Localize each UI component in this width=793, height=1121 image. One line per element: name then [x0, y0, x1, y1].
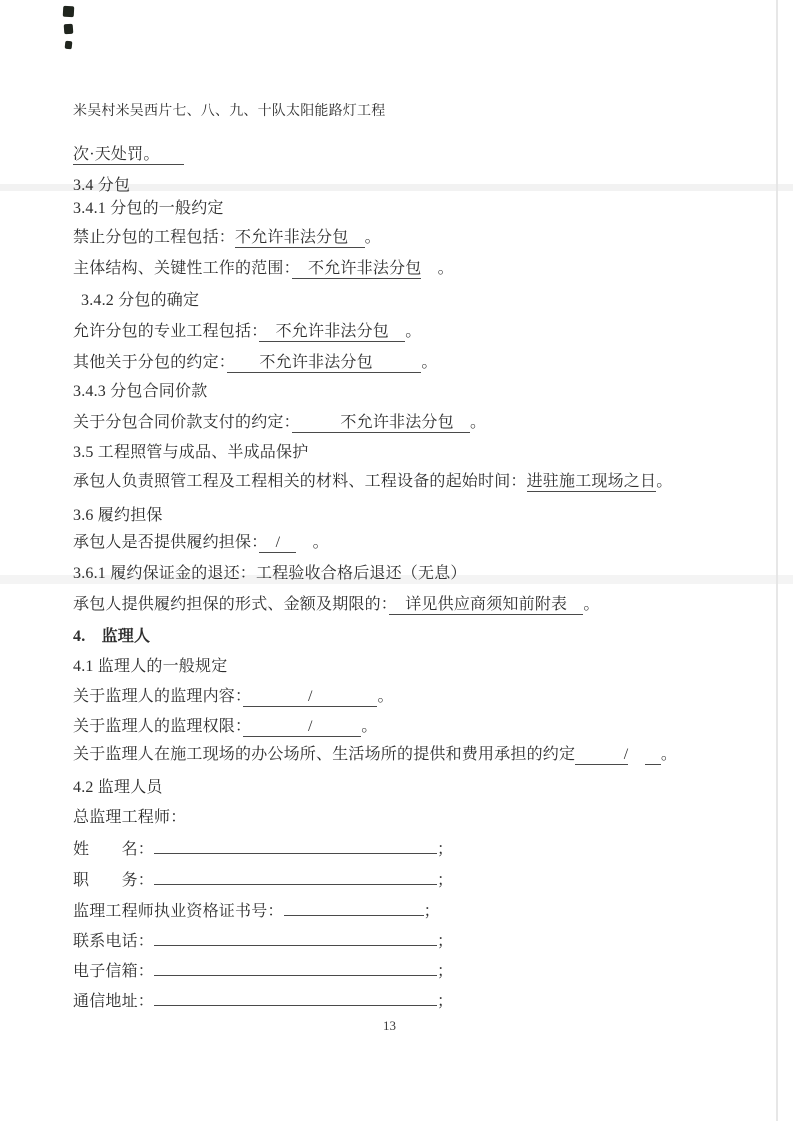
subcontract-payment-terms-line-text: 。 — [470, 414, 486, 431]
section-3-4-1-heading: 3.4.1 分包的一般约定 — [73, 195, 224, 218]
prohibited-subcontract-line-text: 。 — [365, 229, 381, 246]
other-subcontract-terms-line-text: 其他关于分包的约定： — [73, 354, 227, 371]
site-office-terms-line-text — [628, 746, 644, 763]
allowed-subcontract-line-text: 。 — [405, 323, 421, 340]
supervisor-name-field-line: 姓 名：； — [73, 836, 453, 859]
site-office-terms-line-value — [645, 746, 661, 765]
section-4-2-heading: 4.2 监理人员 — [73, 774, 163, 797]
supervisor-address-field-line-text: ； — [437, 993, 453, 1010]
section-3-4-3-heading: 3.4.3 分包合同价款 — [73, 378, 207, 401]
supervisor-phone-field-line-blank — [154, 931, 437, 946]
supervisor-email-field-line-text: 电子信箱： — [73, 963, 154, 980]
supervisor-position-field-line-text: 职 务： — [73, 872, 154, 889]
care-start-time-line-value: 进驻施工现场之日 — [527, 473, 657, 492]
supervision-authority-line: 关于监理人的监理权限： / 。 — [73, 713, 377, 736]
allowed-subcontract-line-text: 允许分包的专业工程包括： — [73, 323, 259, 340]
supervisor-phone-field-line-text: 联系电话： — [73, 933, 154, 950]
supervisor-phone-field-line: 联系电话：； — [73, 928, 453, 951]
supervisor-name-field-line-blank — [154, 839, 437, 854]
supervision-content-line-text: 。 — [377, 688, 393, 705]
supervisor-phone-field-line-text: ； — [437, 933, 453, 950]
supervisor-address-field-line-text: 通信地址： — [73, 993, 154, 1010]
section-3-5-heading: 3.5 工程照管与成品、半成品保护 — [73, 439, 308, 462]
scan-mark-icon — [65, 41, 73, 50]
supervisor-email-field-line-text: ； — [437, 963, 453, 980]
scan-mark-icon — [64, 24, 74, 35]
care-start-time-line-text: 承包人负责照管工程及工程相关的材料、工程设备的起始时间： — [73, 473, 527, 490]
carryover-penalty-clause: 次·天处罚。 — [73, 141, 184, 164]
care-start-time-line: 承包人负责照管工程及工程相关的材料、工程设备的起始时间：进驻施工现场之日。 — [73, 468, 672, 491]
document-page: 米吴村米吴西片七、八、九、十队太阳能路灯工程次·天处罚。 3.4 分包3.4.1… — [0, 0, 793, 1121]
allowed-subcontract-line: 允许分包的专业工程包括： 不允许非法分包 。 — [73, 318, 421, 341]
section-3-6-heading-text: 3.6 履约担保 — [73, 507, 163, 524]
section-3-4-heading-text: 3.4 分包 — [73, 177, 130, 194]
site-office-terms-line-value: / — [575, 746, 628, 765]
supervisor-license-field-line-text: 监理工程师执业资格证书号： — [73, 903, 284, 920]
section-3-6-1-line: 3.6.1 履约保证金的退还：工程验收合格后退还（无息） — [73, 560, 467, 583]
supervision-content-line-text: 关于监理人的监理内容： — [73, 688, 243, 705]
subcontract-payment-terms-line-text: 关于分包合同价款支付的约定： — [73, 414, 292, 431]
performance-security-provided-line-value: / — [259, 534, 296, 553]
security-form-amount-line: 承包人提供履约担保的形式、金额及期限的： 详见供应商须知前附表 。 — [73, 591, 600, 614]
supervisor-license-field-line-text: ； — [424, 903, 440, 920]
prohibited-subcontract-line: 禁止分包的工程包括：不允许非法分包 。 — [73, 224, 381, 247]
running-header-text: 米吴村米吴西片七、八、九、十队太阳能路灯工程 — [73, 104, 385, 119]
care-start-time-line-text: 。 — [656, 473, 672, 490]
supervisor-name-field-line-text: ； — [437, 841, 453, 858]
main-structure-scope-line-text: 。 — [421, 260, 453, 277]
supervisor-position-field-line: 职 务：； — [73, 867, 453, 890]
performance-security-provided-line: 承包人是否提供履约担保： / 。 — [73, 529, 329, 552]
supervision-authority-line-text: 关于监理人的监理权限： — [73, 718, 243, 735]
supervisor-email-field-line-blank — [154, 961, 437, 976]
running-header: 米吴村米吴西片七、八、九、十队太阳能路灯工程 — [73, 100, 385, 120]
supervisor-address-field-line: 通信地址：； — [73, 988, 453, 1011]
carryover-penalty-clause-value: 次·天处罚。 — [73, 146, 184, 165]
chief-supervisor-line-text: 总监理工程师： — [73, 809, 186, 826]
section-4-1-heading-text: 4.1 监理人的一般规定 — [73, 658, 227, 675]
subcontract-payment-terms-line-value: 不允许非法分包 — [292, 414, 470, 433]
supervisor-position-field-line-text: ； — [437, 872, 453, 889]
supervisor-license-field-line-blank — [284, 901, 424, 916]
supervisor-position-field-line-blank — [154, 870, 437, 885]
scan-mark-icon — [63, 6, 75, 18]
section-4-2-heading-text: 4.2 监理人员 — [73, 779, 163, 796]
section-3-4-2-heading-text: 3.4.2 分包的确定 — [81, 292, 199, 309]
supervisor-email-field-line: 电子信箱：； — [73, 958, 453, 981]
section-4-heading-text: 4. 监理人 — [73, 628, 150, 645]
prohibited-subcontract-line-text: 禁止分包的工程包括： — [73, 229, 235, 246]
allowed-subcontract-line-value: 不允许非法分包 — [259, 323, 405, 342]
main-structure-scope-line-text: 主体结构、关键性工作的范围： — [73, 260, 292, 277]
other-subcontract-terms-line: 其他关于分包的约定： 不允许非法分包 。 — [73, 349, 438, 372]
site-office-terms-line-text: 。 — [661, 746, 677, 763]
main-structure-scope-line-value: 不允许非法分包 — [292, 260, 422, 279]
scan-edge-line-artifact — [776, 0, 778, 1121]
section-3-4-1-heading-text: 3.4.1 分包的一般约定 — [73, 200, 224, 217]
supervisor-address-field-line-blank — [154, 991, 437, 1006]
site-office-terms-line: 关于监理人在施工现场的办公场所、生活场所的提供和费用承担的约定 / 。 — [73, 741, 677, 764]
section-4-heading: 4. 监理人 — [73, 623, 150, 646]
section-3-6-1-line-text: 3.6.1 履约保证金的退还：工程验收合格后退还（无息） — [73, 565, 467, 582]
section-3-5-heading-text: 3.5 工程照管与成品、半成品保护 — [73, 444, 308, 461]
chief-supervisor-line: 总监理工程师： — [73, 804, 186, 827]
section-3-4-heading: 3.4 分包 — [73, 172, 130, 195]
security-form-amount-line-text: 。 — [583, 596, 599, 613]
page-number: 13 — [383, 1018, 396, 1034]
other-subcontract-terms-line-text: 。 — [421, 354, 437, 371]
other-subcontract-terms-line-value: 不允许非法分包 — [227, 354, 421, 373]
supervision-authority-line-value: / — [243, 718, 361, 737]
subcontract-payment-terms-line: 关于分包合同价款支付的约定： 不允许非法分包 。 — [73, 409, 486, 432]
performance-security-provided-line-text: 。 — [296, 534, 328, 551]
security-form-amount-line-text: 承包人提供履约担保的形式、金额及期限的： — [73, 596, 389, 613]
supervisor-license-field-line: 监理工程师执业资格证书号：； — [73, 898, 440, 921]
supervision-content-line: 关于监理人的监理内容： / 。 — [73, 683, 394, 706]
section-4-1-heading: 4.1 监理人的一般规定 — [73, 653, 227, 676]
section-3-6-heading: 3.6 履约担保 — [73, 502, 163, 525]
section-3-4-2-heading: 3.4.2 分包的确定 — [81, 287, 199, 310]
supervision-content-line-value: / — [243, 688, 377, 707]
supervisor-name-field-line-text: 姓 名： — [73, 841, 154, 858]
main-structure-scope-line: 主体结构、关键性工作的范围： 不允许非法分包 。 — [73, 255, 454, 278]
site-office-terms-line-text: 关于监理人在施工现场的办公场所、生活场所的提供和费用承担的约定 — [73, 746, 575, 763]
section-3-4-3-heading-text: 3.4.3 分包合同价款 — [73, 383, 207, 400]
performance-security-provided-line-text: 承包人是否提供履约担保： — [73, 534, 259, 551]
security-form-amount-line-value: 详见供应商须知前附表 — [389, 596, 583, 615]
supervision-authority-line-text: 。 — [361, 718, 377, 735]
prohibited-subcontract-line-value: 不允许非法分包 — [235, 229, 365, 248]
